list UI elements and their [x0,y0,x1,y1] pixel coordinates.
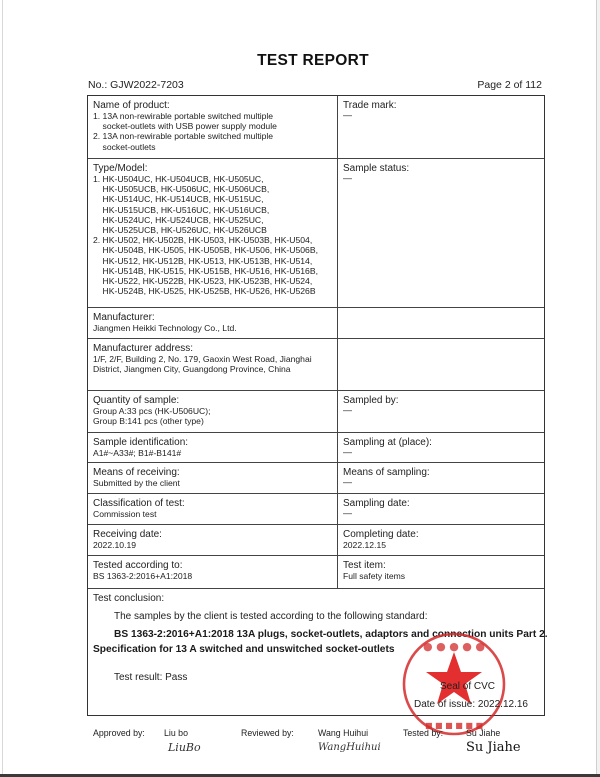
manufacturer-address-label: Manufacturer address: [93,343,337,354]
seal-label: Seal of CVC [440,681,495,692]
sampled-by-value: — [343,406,544,415]
reviewed-by-name: Wang Huihui [318,728,368,738]
sampling-place-label: Sampling at (place): [343,437,544,448]
sample-id-label: Sample identification: [93,437,337,448]
product-name-value: 1. 13A non-rewirable portable switched m… [93,111,337,152]
sample-id-value: A1#~A33#; B1#-B141# [93,448,337,458]
sample-status-label: Sample status: [343,163,544,174]
cell-sample-id: Sample identification: A1#~A33#; B1#-B14… [88,433,337,458]
date-of-issue: Date of issue: 2022.12.16 [414,699,528,710]
approved-by-name: Liu bo [164,728,188,738]
svg-text:● ● ● ● ●: ● ● ● ● ● [423,640,485,653]
cell-sample-status: Sample status: — [338,159,544,183]
product-name-label: Name of product: [93,100,337,111]
sampling-date-label: Sampling date: [343,498,544,509]
page-edge-left [2,0,3,777]
manufacturer-value: Jiangmen Heikki Technology Co., Ltd. [93,323,337,333]
classification-value: Commission test [93,509,337,519]
tested-by-label: Tested by: [403,728,443,738]
tested-by-name: Su Jiahe [466,728,500,738]
test-result: Test result: Pass [114,672,187,683]
report-number: No.: GJW2022-7203 [88,79,184,91]
report-title: TEST REPORT [0,52,600,70]
means-receiving-value: Submitted by the client [93,478,337,488]
cell-type-model: Type/Model: 1. HK-U504UC, HK-U504UCB, HK… [88,159,337,296]
type-model-label: Type/Model: [93,163,337,174]
sampled-by-label: Sampled by: [343,395,544,406]
page-number: Page 2 of 112 [477,79,542,91]
cell-completing-date: Completing date: 2022.12.15 [338,525,544,550]
cell-receiving-date: Receiving date: 2022.10.19 [88,525,337,550]
reviewed-by-signature: WangHuihui [318,742,381,753]
completing-date-label: Completing date: [343,529,544,540]
manufacturer-address-value: 1/F, 2/F, Building 2, No. 179, Gaoxin We… [93,354,337,374]
sample-status-value: — [343,174,544,183]
type-model-value: 1. HK-U504UC, HK-U504UCB, HK-U505UC, HK-… [93,174,337,296]
cell-trade-mark: Trade mark: — [338,96,544,120]
test-item-value: Full safety items [343,571,544,581]
report-table: Name of product: 1. 13A non-rewirable po… [87,95,545,716]
cell-manufacturer: Manufacturer: Jiangmen Heikki Technology… [88,308,337,333]
reviewed-by-label: Reviewed by: [241,728,294,738]
completing-date-value: 2022.12.15 [343,540,544,550]
row-divider [88,588,544,589]
manufacturer-label: Manufacturer: [93,312,337,323]
receiving-date-value: 2022.10.19 [93,540,337,550]
conclusion-standard-line2: Specification for 13 A switched and unsw… [93,644,395,655]
cell-means-sampling: Means of sampling: — [338,463,544,487]
quantity-label: Quantity of sample: [93,395,337,406]
cell-sampling-place: Sampling at (place): — [338,433,544,457]
cell-classification: Classification of test: Commission test [88,494,337,519]
conclusion-label: Test conclusion: [93,593,164,604]
cell-quantity: Quantity of sample: Group A:33 pcs (HK-U… [88,391,337,426]
trade-mark-label: Trade mark: [343,100,544,111]
receiving-date-label: Receiving date: [93,529,337,540]
cell-product-name: Name of product: 1. 13A non-rewirable po… [88,96,337,152]
tested-according-value: BS 1363-2:2016+A1:2018 [93,571,337,581]
cell-sampling-date: Sampling date: — [338,494,544,518]
cell-tested-according: Tested according to: BS 1363-2:2016+A1:2… [88,556,337,581]
test-item-label: Test item: [343,560,544,571]
means-sampling-value: — [343,478,544,487]
cell-manufacturer-address: Manufacturer address: 1/F, 2/F, Building… [88,339,337,374]
cell-test-item: Test item: Full safety items [338,556,544,581]
tested-according-label: Tested according to: [93,560,337,571]
approved-by-signature: LiuBo [168,741,201,754]
conclusion-text: The samples by the client is tested acco… [114,611,428,622]
quantity-value: Group A:33 pcs (HK-U506UC); Group B:141 … [93,406,337,426]
classification-label: Classification of test: [93,498,337,509]
means-sampling-label: Means of sampling: [343,467,544,478]
cell-means-receiving: Means of receiving: Submitted by the cli… [88,463,337,488]
trade-mark-value: — [343,111,544,120]
cell-sampled-by: Sampled by: — [338,391,544,415]
tested-by-signature: Su Jiahe [466,740,521,755]
sampling-place-value: — [343,448,544,457]
sampling-date-value: — [343,509,544,518]
means-receiving-label: Means of receiving: [93,467,337,478]
approved-by-label: Approved by: [93,728,145,738]
